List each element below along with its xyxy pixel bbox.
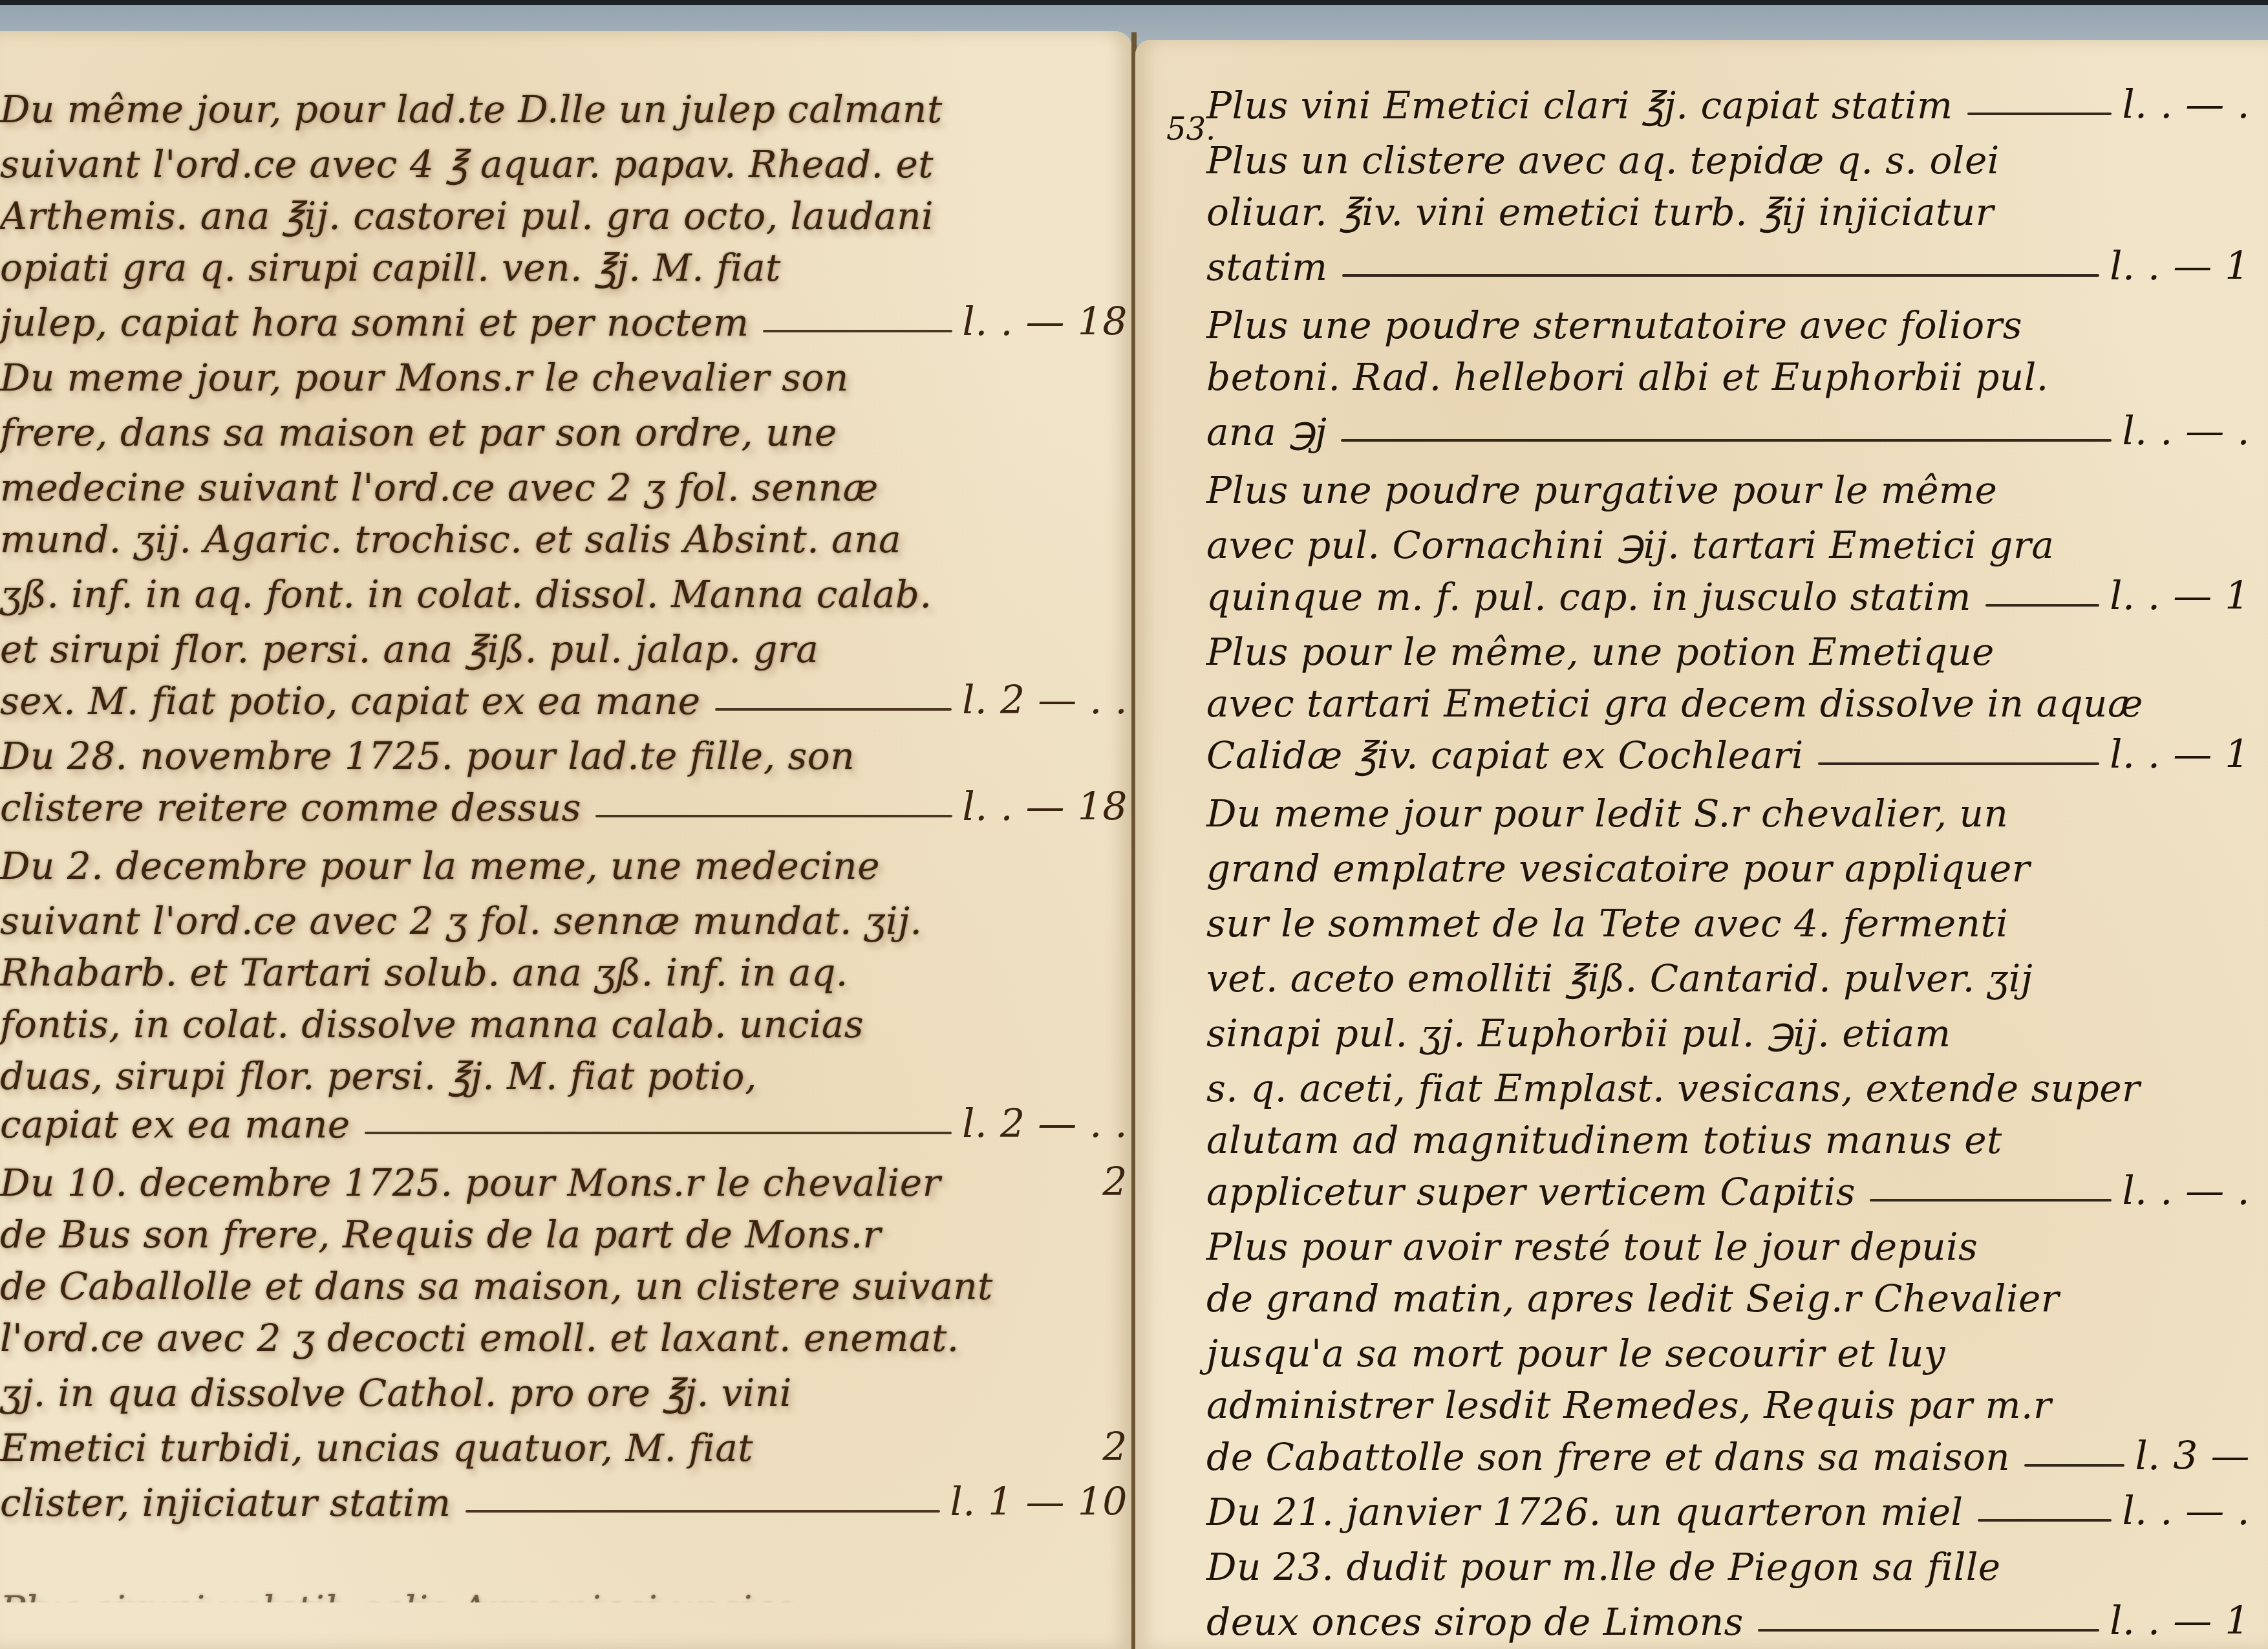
ledger-line: clister, injiciatur statiml. 1 — 10 (0, 1450, 1133, 1522)
left-page-lines: Du même jour, pour lad.te D.lle un julep… (0, 31, 1133, 1649)
right-page-lines: Plus vini Emetici clari ℥j. capiat stati… (1206, 40, 2255, 1649)
amount: l. 1 — 10 (950, 1483, 1128, 1522)
ledger-line: deux onces sirop de Limonsl. . — 1 (1206, 1569, 2255, 1641)
ledger-rule (465, 1510, 940, 1513)
entry-text: clister, injiciatur statim (0, 1484, 451, 1522)
entry-text: Plus sirupi volatil. salis Armoniaci unc… (0, 1591, 795, 1602)
ledger-line-partial: Plus sirupi volatil. salis Armoniaci unc… (0, 1518, 1133, 1602)
ledger-rule (1758, 1629, 2100, 1632)
right-page: 53. Plus vini Emetici clari ℥j. capiat s… (1135, 40, 2268, 1649)
entry-text: deux onces sirop de Limons (1206, 1603, 1744, 1641)
left-page: Du même jour, pour lad.te D.lle un julep… (0, 31, 1133, 1649)
amount: l. . — 1 (2110, 1602, 2250, 1641)
